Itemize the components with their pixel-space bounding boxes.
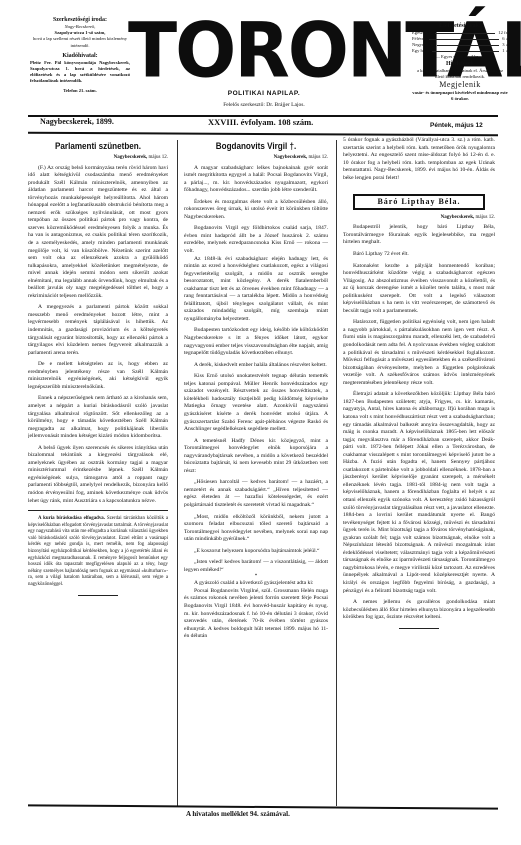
ads-heading: Hirdetések [412, 60, 508, 68]
place-year: Nagybecskerek, 1899. [40, 117, 114, 126]
ads-text: a kiadóhivatalban fogadtatnak el. Árszab… [412, 68, 508, 80]
supplement-note: A hivatalos melléklet 94. számával. [186, 810, 290, 818]
article-title-boxed: Báró Lipthay Béla. [353, 194, 485, 210]
quote-paragraph: „E koszorut helyezem koporsódra bajtársa… [184, 548, 328, 556]
office-heading: Szerkesztőségi iroda: [30, 16, 130, 24]
article-title: Parlamenti szünetben. [35, 139, 161, 153]
dateline-rule [28, 132, 498, 136]
subscription-info: Előfizetési árak: Egész évre12 fr. Félév… [412, 22, 508, 102]
newspaper-title: TORONTÁL [128, 12, 400, 88]
article-title: Bogdanovits Virgil †. [191, 139, 321, 153]
footer-rule [28, 804, 498, 809]
paragraph: Katonaként kezdte a pályáját honmentendő… [343, 263, 495, 316]
paragraph: Érdekes és mozgalmas élete volt a közbec… [184, 199, 328, 222]
article-obituary: Bogdanovits Virgil †. Nagybecskerek, máj… [184, 137, 328, 641]
paragraph: Budapestről jelentik, hogy báró Lipthay … [343, 224, 495, 247]
paragraph: A gyászoló család a következő gyászjelen… [184, 580, 328, 588]
price-label: Egy hóra [412, 48, 429, 54]
editor-line: Felelős szerkesztő: Dr. Brájjer Lajos. [128, 102, 400, 108]
publisher-text: Pleitz Fer. Pál könyvnyomdája Nagybecske… [30, 60, 130, 85]
brief-title: A kuria bíráskodása elfogadva. [38, 516, 105, 521]
prices-heading: Előfizetési árak: [412, 22, 508, 30]
quote-paragraph: „Isten veled! kedves barátom! — a viszon… [184, 559, 328, 574]
article-dateline: Nagybecskerek, május 12. [28, 154, 168, 162]
dateline-place: Nagybecskerek, [114, 155, 148, 160]
paragraph: Életrajzi adatait a következőkben közölj… [343, 391, 495, 595]
column-divider [336, 140, 337, 806]
column-divider [177, 140, 178, 806]
appears-text: vasár- és ünnepnapot kivételével mindenn… [412, 90, 508, 102]
editorial-office-info: Szerkesztőségi iroda: Nagy-Becskerek, Sz… [30, 16, 130, 94]
paragraph: A megegyezés a parlamenti pártok között … [28, 304, 168, 357]
article-dateline: Nagybecskerek, május 12. [343, 214, 495, 222]
appears-heading: Megjelenik [412, 80, 508, 90]
end-divider [399, 628, 439, 629]
paragraph: A nemes jellemu és gavalléros gondolkodá… [343, 599, 495, 622]
dateline-date: május 12. [309, 155, 328, 160]
paragraph: A temetésnél Hadfy Dénes kir. közjegyző,… [184, 438, 328, 476]
phone-number: Telefon 21. szám. [30, 88, 130, 94]
quote-paragraph: „Hősiesen harcoltál — kedves barátom! — … [184, 479, 328, 509]
paragraph: (F.) Az ország belső kormányzása terén r… [28, 165, 168, 301]
funeral-continuation: 5 órakor fognak a gyászházból (Várallyai… [343, 137, 495, 182]
end-divider [78, 595, 118, 596]
paragraph: Budapesten tartózkodott egy ideig, későb… [184, 327, 328, 357]
quote-paragraph: „Most, midőn elköltözől körünkből, nekem… [184, 514, 328, 544]
price-value: 1 » [502, 48, 508, 54]
dateline-date: május 12. [476, 215, 495, 220]
paragraph: A belső ügyek ilyen szerencsés és sikere… [28, 445, 168, 505]
paragraph: A magyar szabadságharc lelkes bajnokaina… [184, 165, 328, 195]
paragraph: Határozott, független politikai egyénisé… [343, 319, 495, 387]
newspaper-subtitle: POLITIKAI NAPILAP. [128, 90, 400, 97]
masthead: Szerkesztőségi iroda: Nagy-Becskerek, Sz… [0, 0, 521, 128]
paragraph: Pocsai Bogdanovits Virgilné, szül. Gross… [184, 588, 328, 641]
dateline-place: Nagybecskerek, [441, 215, 475, 220]
article-dateline: Nagybecskerek, május 12. [184, 154, 328, 162]
dateline-date: május 12. [149, 155, 168, 160]
publisher-heading: Kiadóhivatal: [30, 52, 130, 60]
news-brief: A kuria bíráskodása elfogadva. Szerdai t… [28, 516, 168, 589]
paragraph: A derék, kiskedvelt ember halála általán… [184, 362, 328, 370]
article-parliament: Parlamenti szünetben. Nagybecskerek, máj… [28, 137, 168, 602]
paragraph: Bogdanovits Virgil egy földbirtokos csal… [184, 225, 328, 255]
issue-date: Péntek, május 12 [430, 122, 483, 129]
paragraph: Az 1848-ik évi szabadságharc elején hadn… [184, 256, 328, 324]
office-note: hová a lap szellemi részét illető minden… [30, 36, 130, 48]
paragraph: Ennek a népszerűségnek nem ártható az a … [28, 395, 168, 440]
paragraph: Kiss Ernő utolsó unokatestvérét tegnap d… [184, 373, 328, 433]
dateline-place: Nagybecskerek, [274, 155, 308, 160]
paragraph: Báró Lipthay 72 évet élt. [343, 251, 495, 259]
brief-text: Szerdai tárcánkban közöltük a képviselőh… [28, 516, 168, 587]
paragraph: De e mellett kétségtelen az is, hogy ebb… [28, 361, 168, 391]
article-column-three: 5 órakor fognak a gyászházból (Várallyai… [343, 137, 495, 635]
dateline: Nagybecskerek, 1899. XXVIII. évfolyam. 1… [28, 117, 498, 129]
volume-number: XXVIII. évfolyam. 108 szám. [208, 117, 313, 127]
section-divider [28, 510, 168, 511]
